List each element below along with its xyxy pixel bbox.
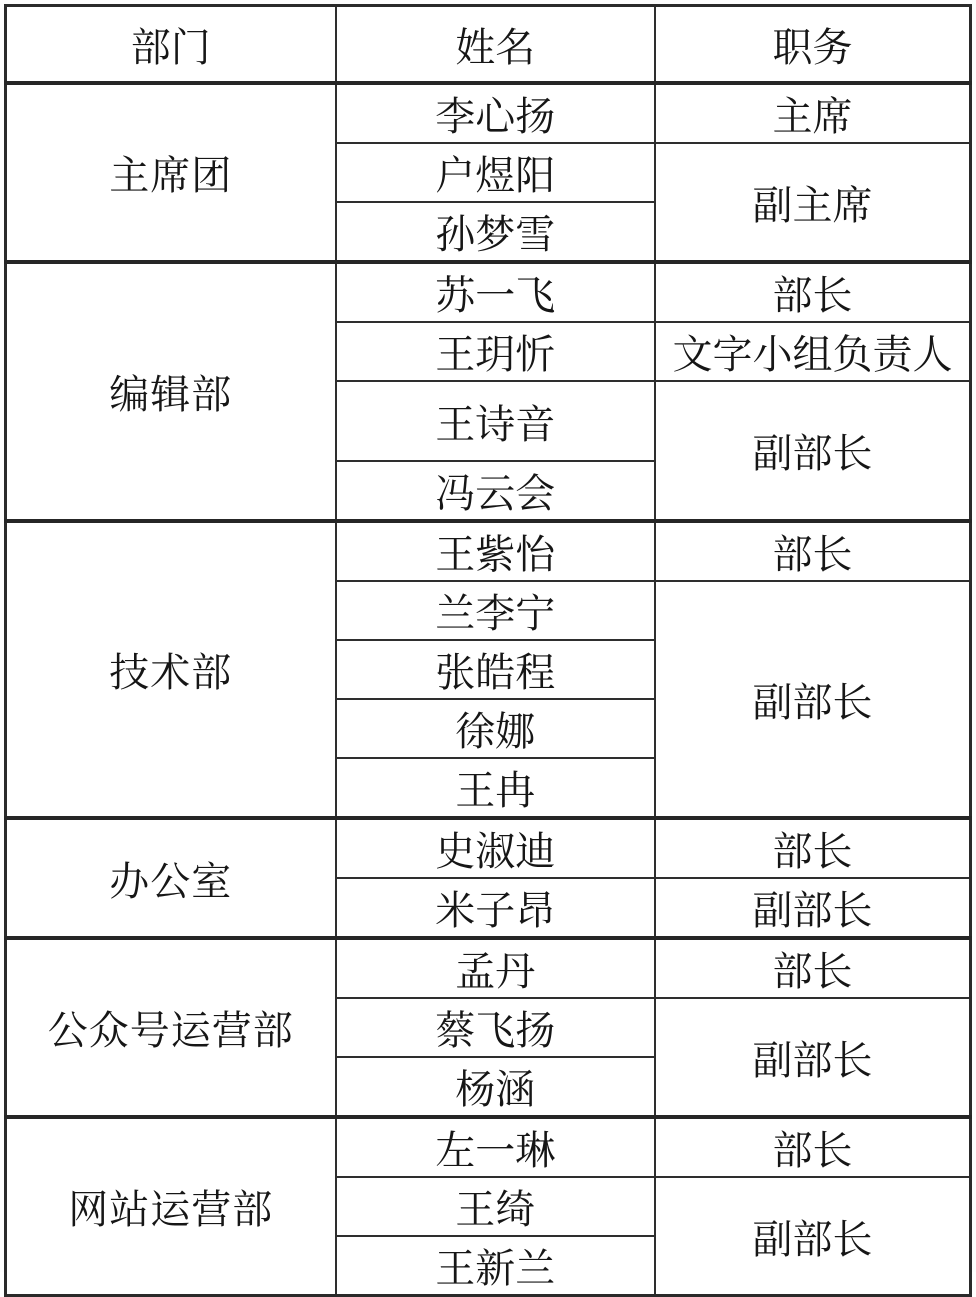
- position-cell: 主席: [655, 83, 971, 143]
- position-cell: 部长: [655, 521, 971, 581]
- name-cell: 兰李宁: [336, 581, 655, 640]
- name-cell: 左一琳: [336, 1117, 655, 1177]
- page: 部门 姓名 职务 主席团 李心扬 主席 户煜阳 副主席 孙梦雪 编辑部 苏一飞: [0, 0, 976, 1272]
- position-cell: 部长: [655, 818, 971, 878]
- name-cell: 张皓程: [336, 640, 655, 699]
- table-row: 公众号运营部 孟丹 部长: [6, 938, 971, 998]
- name-cell: 王冉: [336, 758, 655, 818]
- position-cell: 文字小组负责人: [655, 322, 971, 381]
- department-cell: 网站运营部: [6, 1117, 336, 1296]
- name-cell: 王绮: [336, 1177, 655, 1236]
- table-row: 编辑部 苏一飞 部长: [6, 262, 971, 322]
- name-cell: 孟丹: [336, 938, 655, 998]
- position-cell: 副部长: [655, 998, 971, 1117]
- name-cell: 王诗音: [336, 381, 655, 461]
- table-row: 主席团 李心扬 主席: [6, 83, 971, 143]
- table-row: 技术部 王紫怡 部长: [6, 521, 971, 581]
- position-cell: 部长: [655, 938, 971, 998]
- table-row: 办公室 史淑迪 部长: [6, 818, 971, 878]
- name-cell: 孙梦雪: [336, 202, 655, 262]
- name-cell: 米子昂: [336, 878, 655, 938]
- col-header-department: 部门: [6, 6, 336, 84]
- department-cell: 办公室: [6, 818, 336, 938]
- position-cell: 副部长: [655, 381, 971, 521]
- department-cell: 技术部: [6, 521, 336, 818]
- name-cell: 王玥忻: [336, 322, 655, 381]
- name-cell: 李心扬: [336, 83, 655, 143]
- name-cell: 王紫怡: [336, 521, 655, 581]
- position-cell: 部长: [655, 1117, 971, 1177]
- position-cell: 副部长: [655, 581, 971, 818]
- name-cell: 冯云会: [336, 461, 655, 521]
- name-cell: 史淑迪: [336, 818, 655, 878]
- col-header-name: 姓名: [336, 6, 655, 84]
- name-cell: 苏一飞: [336, 262, 655, 322]
- department-cell: 编辑部: [6, 262, 336, 521]
- header-row: 部门 姓名 职务: [6, 6, 971, 84]
- department-cell: 主席团: [6, 83, 336, 262]
- name-cell: 蔡飞扬: [336, 998, 655, 1057]
- col-header-position: 职务: [655, 6, 971, 84]
- table-row: 网站运营部 左一琳 部长: [6, 1117, 971, 1177]
- position-cell: 副部长: [655, 1177, 971, 1296]
- name-cell: 户煜阳: [336, 143, 655, 202]
- org-structure-table: 部门 姓名 职务 主席团 李心扬 主席 户煜阳 副主席 孙梦雪 编辑部 苏一飞: [4, 4, 972, 1297]
- name-cell: 王新兰: [336, 1236, 655, 1296]
- position-cell: 副部长: [655, 878, 971, 938]
- position-cell: 副主席: [655, 143, 971, 262]
- name-cell: 徐娜: [336, 699, 655, 758]
- department-cell: 公众号运营部: [6, 938, 336, 1117]
- position-cell: 部长: [655, 262, 971, 322]
- name-cell: 杨涵: [336, 1057, 655, 1117]
